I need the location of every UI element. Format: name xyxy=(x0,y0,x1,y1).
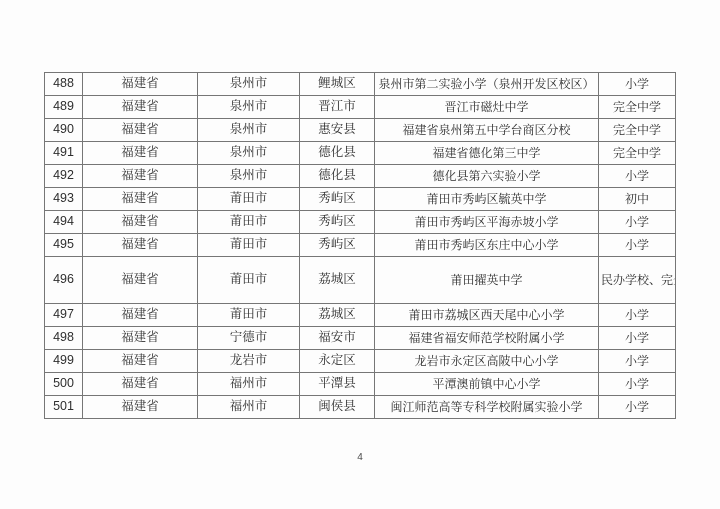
cell-school-type: 小学 xyxy=(599,304,676,327)
cell-row-number: 501 xyxy=(45,396,83,419)
cell-school-type: 完全中学 xyxy=(599,96,676,119)
cell-school-name: 晋江市磁灶中学 xyxy=(375,96,599,119)
cell-district: 永定区 xyxy=(300,350,375,373)
cell-province: 福建省 xyxy=(83,373,198,396)
cell-district: 德化县 xyxy=(300,165,375,188)
cell-province: 福建省 xyxy=(83,96,198,119)
cell-row-number: 498 xyxy=(45,327,83,350)
cell-district: 闽侯县 xyxy=(300,396,375,419)
cell-row-number: 495 xyxy=(45,234,83,257)
cell-row-number: 492 xyxy=(45,165,83,188)
cell-province: 福建省 xyxy=(83,396,198,419)
cell-city: 福州市 xyxy=(198,396,300,419)
cell-district: 秀屿区 xyxy=(300,234,375,257)
cell-school-name: 德化县第六实验小学 xyxy=(375,165,599,188)
cell-row-number: 489 xyxy=(45,96,83,119)
cell-school-name: 莆田市秀屿区平海赤坡小学 xyxy=(375,211,599,234)
cell-row-number: 490 xyxy=(45,119,83,142)
cell-province: 福建省 xyxy=(83,165,198,188)
cell-school-type: 小学 xyxy=(599,350,676,373)
cell-row-number: 500 xyxy=(45,373,83,396)
table-row: 490 福建省 泉州市 惠安县 福建省泉州第五中学台商区分校 完全中学 xyxy=(45,119,676,142)
cell-city: 泉州市 xyxy=(198,73,300,96)
table-row: 500 福建省 福州市 平潭县 平潭澳前镇中心小学 小学 xyxy=(45,373,676,396)
cell-school-type: 小学 xyxy=(599,327,676,350)
cell-row-number: 499 xyxy=(45,350,83,373)
cell-school-type: 小学 xyxy=(599,165,676,188)
cell-province: 福建省 xyxy=(83,304,198,327)
cell-school-name: 福建省德化第三中学 xyxy=(375,142,599,165)
cell-school-name: 福建省福安师范学校附属小学 xyxy=(375,327,599,350)
cell-school-name: 泉州市第二实验小学（泉州开发区校区） xyxy=(375,73,599,96)
cell-row-number: 497 xyxy=(45,304,83,327)
cell-city: 泉州市 xyxy=(198,142,300,165)
table-row: 491 福建省 泉州市 德化县 福建省德化第三中学 完全中学 xyxy=(45,142,676,165)
table-row: 496 福建省 莆田市 荔城区 莆田擢英中学 民办学校、完全中学 xyxy=(45,257,676,304)
table-row: 488 福建省 泉州市 鲤城区 泉州市第二实验小学（泉州开发区校区） 小学 xyxy=(45,73,676,96)
cell-province: 福建省 xyxy=(83,234,198,257)
cell-row-number: 491 xyxy=(45,142,83,165)
table-row: 494 福建省 莆田市 秀屿区 莆田市秀屿区平海赤坡小学 小学 xyxy=(45,211,676,234)
cell-district: 鲤城区 xyxy=(300,73,375,96)
cell-school-type: 小学 xyxy=(599,234,676,257)
document-page: 488 福建省 泉州市 鲤城区 泉州市第二实验小学（泉州开发区校区） 小学 48… xyxy=(0,0,720,509)
cell-school-name: 龙岩市永定区高陂中心小学 xyxy=(375,350,599,373)
table-row: 499 福建省 龙岩市 永定区 龙岩市永定区高陂中心小学 小学 xyxy=(45,350,676,373)
cell-city: 莆田市 xyxy=(198,304,300,327)
cell-school-type: 小学 xyxy=(599,373,676,396)
cell-city: 莆田市 xyxy=(198,188,300,211)
cell-district: 晋江市 xyxy=(300,96,375,119)
cell-school-type: 完全中学 xyxy=(599,142,676,165)
cell-city: 福州市 xyxy=(198,373,300,396)
cell-district: 平潭县 xyxy=(300,373,375,396)
table-row: 493 福建省 莆田市 秀屿区 莆田市秀屿区毓英中学 初中 xyxy=(45,188,676,211)
cell-school-type: 初中 xyxy=(599,188,676,211)
page-number: 4 xyxy=(0,452,720,463)
cell-province: 福建省 xyxy=(83,119,198,142)
cell-school-name: 莆田市秀屿区毓英中学 xyxy=(375,188,599,211)
cell-school-name: 莆田市荔城区西天尾中心小学 xyxy=(375,304,599,327)
cell-district: 福安市 xyxy=(300,327,375,350)
cell-school-name: 福建省泉州第五中学台商区分校 xyxy=(375,119,599,142)
cell-school-type: 小学 xyxy=(599,396,676,419)
cell-city: 泉州市 xyxy=(198,96,300,119)
cell-city: 龙岩市 xyxy=(198,350,300,373)
table-row: 497 福建省 莆田市 荔城区 莆田市荔城区西天尾中心小学 小学 xyxy=(45,304,676,327)
cell-district: 荔城区 xyxy=(300,257,375,304)
cell-province: 福建省 xyxy=(83,350,198,373)
cell-city: 泉州市 xyxy=(198,119,300,142)
cell-school-type: 小学 xyxy=(599,211,676,234)
cell-school-type: 小学 xyxy=(599,73,676,96)
cell-district: 惠安县 xyxy=(300,119,375,142)
cell-district: 德化县 xyxy=(300,142,375,165)
cell-province: 福建省 xyxy=(83,142,198,165)
cell-district: 秀屿区 xyxy=(300,188,375,211)
cell-school-name: 闽江师范高等专科学校附属实验小学 xyxy=(375,396,599,419)
cell-row-number: 494 xyxy=(45,211,83,234)
cell-row-number: 488 xyxy=(45,73,83,96)
cell-school-name: 平潭澳前镇中心小学 xyxy=(375,373,599,396)
cell-row-number: 493 xyxy=(45,188,83,211)
cell-city: 泉州市 xyxy=(198,165,300,188)
cell-school-name: 莆田市秀屿区东庄中心小学 xyxy=(375,234,599,257)
table-row: 495 福建省 莆田市 秀屿区 莆田市秀屿区东庄中心小学 小学 xyxy=(45,234,676,257)
cell-district: 荔城区 xyxy=(300,304,375,327)
cell-province: 福建省 xyxy=(83,188,198,211)
cell-school-type: 民办学校、完全中学 xyxy=(599,257,676,304)
cell-province: 福建省 xyxy=(83,211,198,234)
table-row: 498 福建省 宁德市 福安市 福建省福安师范学校附属小学 小学 xyxy=(45,327,676,350)
cell-district: 秀屿区 xyxy=(300,211,375,234)
school-list-table: 488 福建省 泉州市 鲤城区 泉州市第二实验小学（泉州开发区校区） 小学 48… xyxy=(44,72,676,419)
cell-province: 福建省 xyxy=(83,257,198,304)
cell-city: 莆田市 xyxy=(198,257,300,304)
cell-row-number: 496 xyxy=(45,257,83,304)
cell-school-name: 莆田擢英中学 xyxy=(375,257,599,304)
cell-city: 宁德市 xyxy=(198,327,300,350)
table-row: 489 福建省 泉州市 晋江市 晋江市磁灶中学 完全中学 xyxy=(45,96,676,119)
cell-city: 莆田市 xyxy=(198,211,300,234)
cell-province: 福建省 xyxy=(83,73,198,96)
cell-province: 福建省 xyxy=(83,327,198,350)
cell-city: 莆田市 xyxy=(198,234,300,257)
table-row: 501 福建省 福州市 闽侯县 闽江师范高等专科学校附属实验小学 小学 xyxy=(45,396,676,419)
table-row: 492 福建省 泉州市 德化县 德化县第六实验小学 小学 xyxy=(45,165,676,188)
cell-school-type: 完全中学 xyxy=(599,119,676,142)
